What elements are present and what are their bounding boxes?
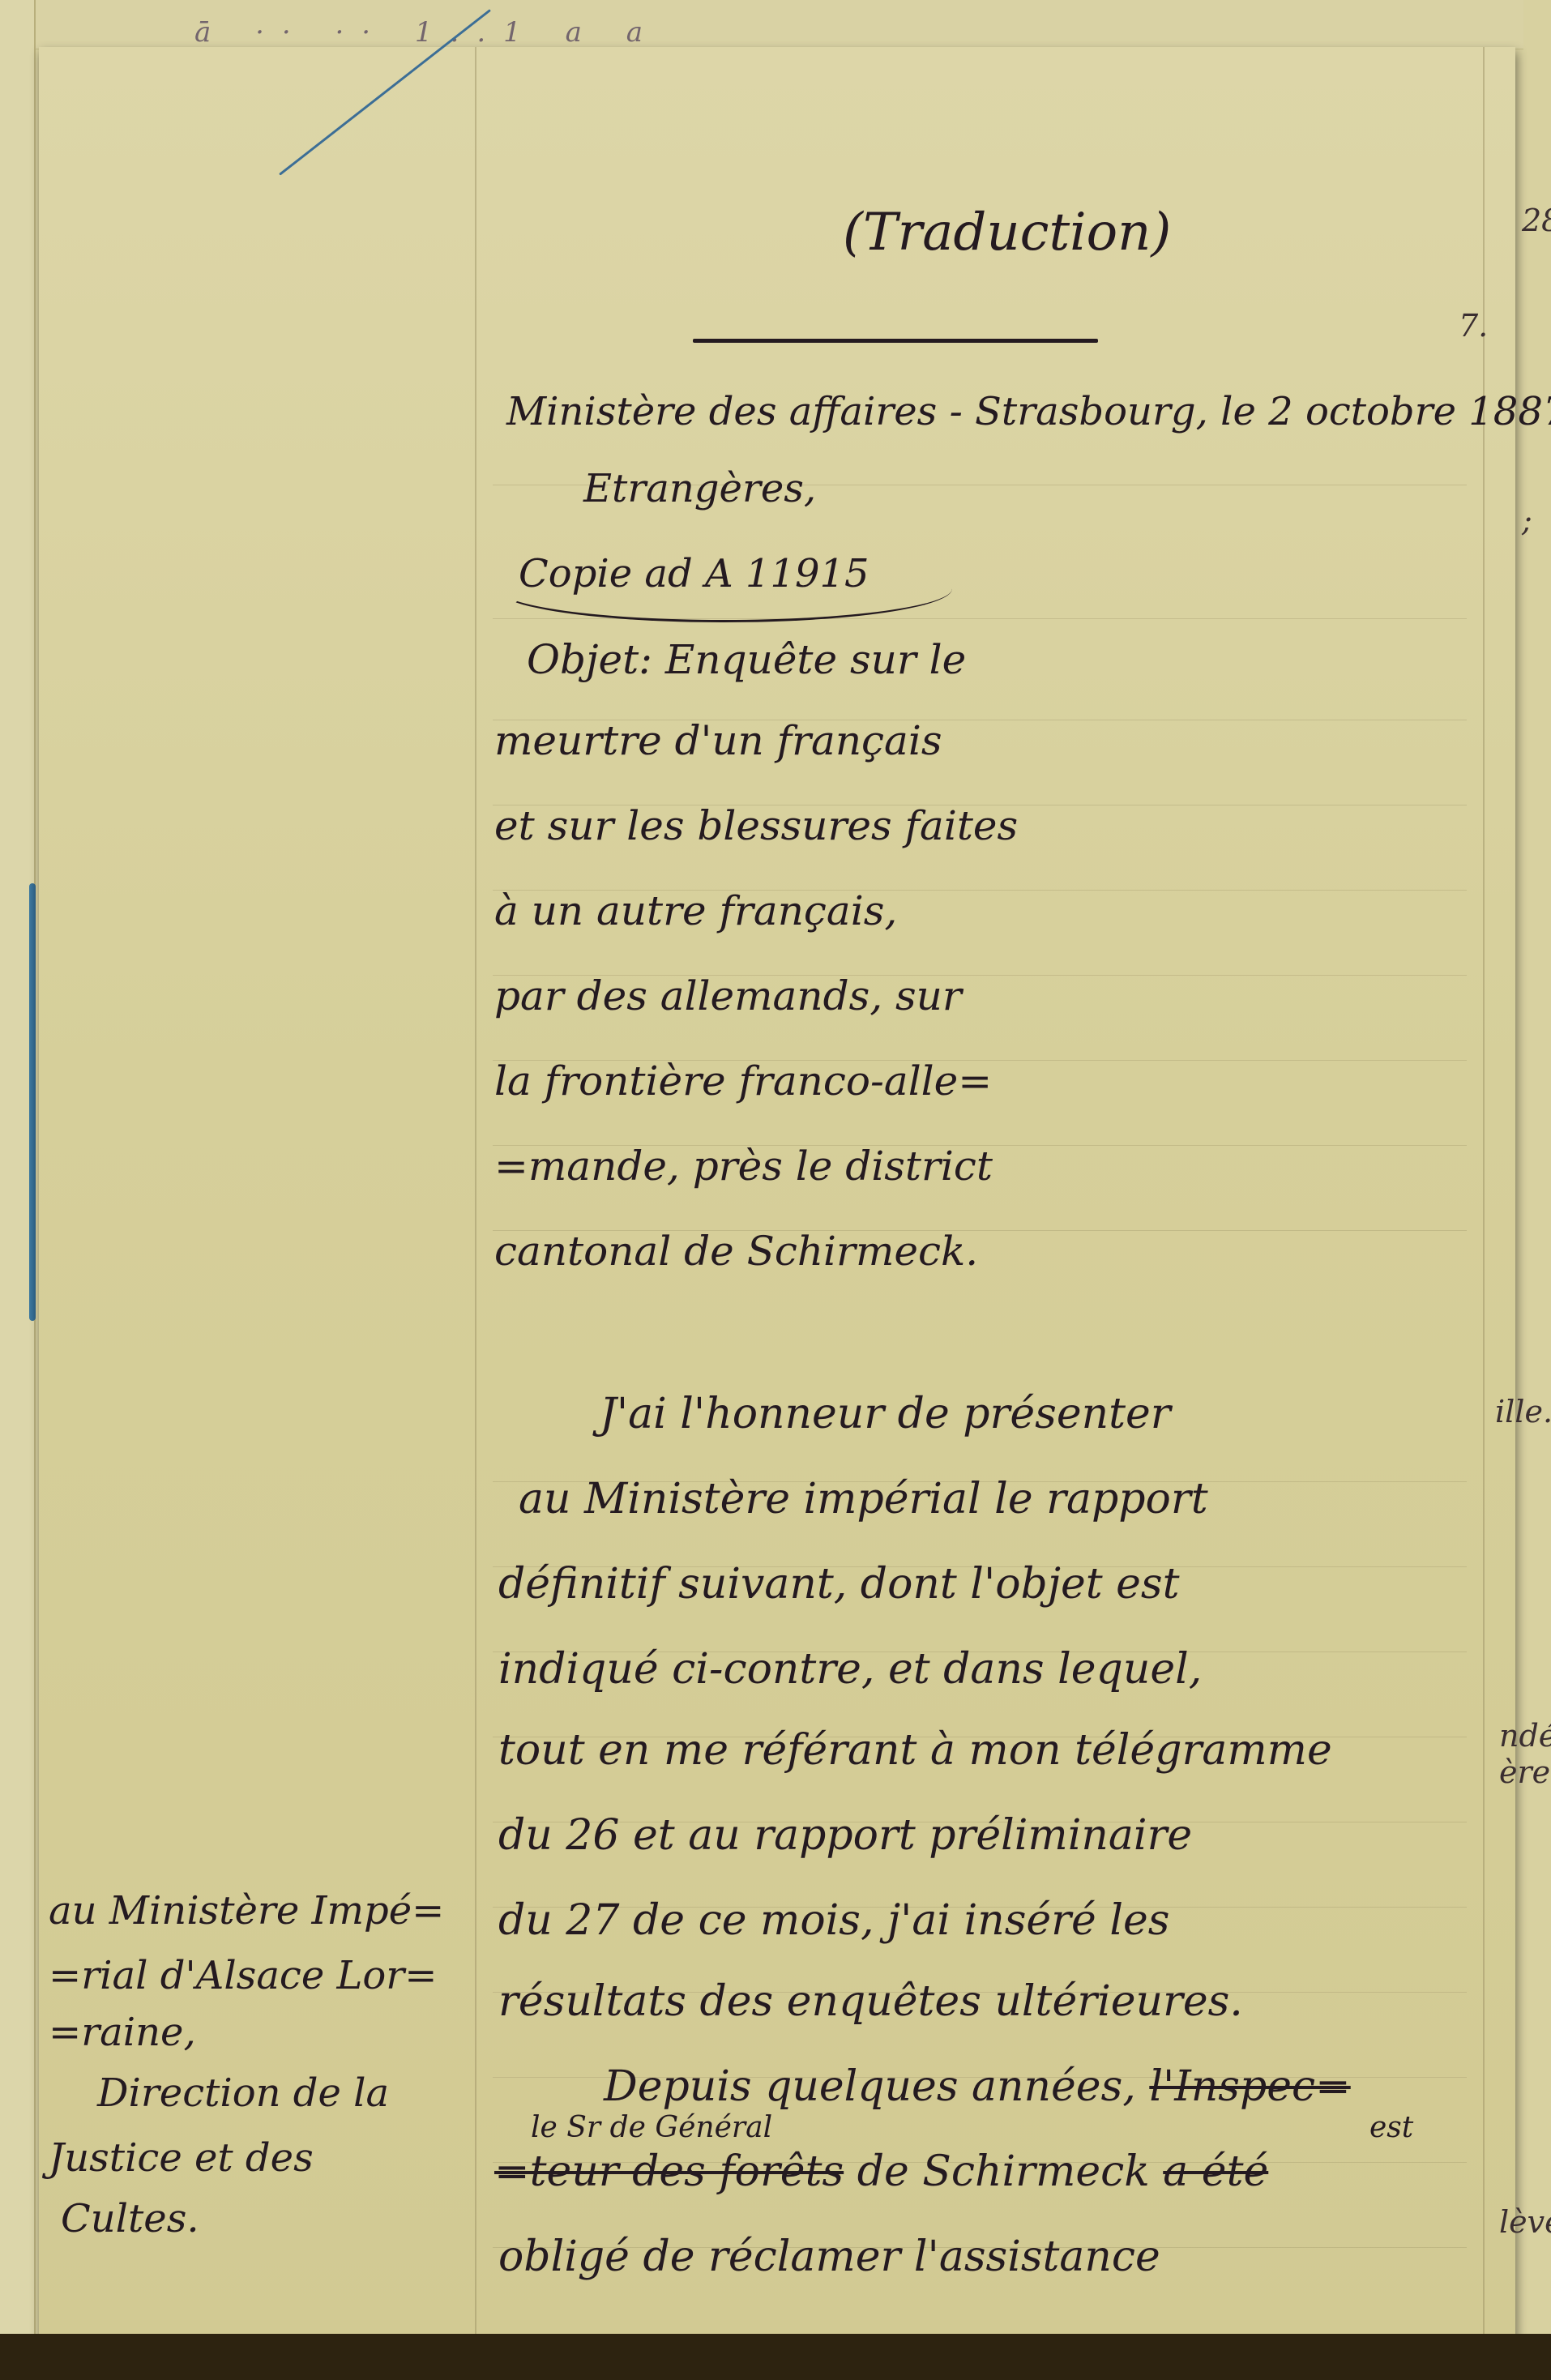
desk-shadow xyxy=(0,2334,1551,2380)
interlinear-insertion-est: est xyxy=(1369,2111,1413,2144)
body-line: J'ai l'honneur de présenter xyxy=(600,1390,1171,1438)
margin-address-line: Cultes. xyxy=(61,2196,199,2241)
body-line: indiqué ci-contre, et dans lequel, xyxy=(498,1645,1202,1694)
margin-address-line: au Ministère Impé= xyxy=(49,1888,444,1933)
paragraph2-line1-text: Depuis quelques années, xyxy=(604,2062,1136,2111)
paragraph2-line2-text: de Schirmeck xyxy=(857,2147,1150,2196)
top-page-fragment-text: ā ·· ·· 1..1 a a xyxy=(194,16,660,49)
sender-and-date-line: Ministère des affaires - Strasbourg, le … xyxy=(506,389,1551,434)
right-edge-fragment: ; xyxy=(1522,502,1532,538)
margin-address-line: =rial d'Alsace Lor= xyxy=(49,1953,437,1998)
body-line: du 27 de ce mois, j'ai inséré les xyxy=(498,1896,1169,1945)
interlinear-insertion: le Sr de Général xyxy=(531,2111,772,2144)
object-line: meurtre d'un français xyxy=(494,717,942,764)
right-edge-fragment: 7. xyxy=(1459,308,1488,344)
title-underline xyxy=(693,339,1098,343)
margin-address-line: Justice et des xyxy=(49,2135,314,2181)
copy-reference: Copie ad A 11915 xyxy=(519,551,869,596)
document-title: (Traduction) xyxy=(843,203,1171,263)
margin-address-line: =raine, xyxy=(49,2010,196,2055)
right-edge-fragment: ndé xyxy=(1499,1718,1551,1754)
struck-text: =teur des forêts xyxy=(494,2147,844,2196)
right-edge-fragment: ille. xyxy=(1495,1394,1551,1429)
paragraph2-line3: obligé de réclamer l'assistance xyxy=(498,2233,1160,2281)
object-line: par des allemands, sur xyxy=(494,972,962,1019)
underlying-page-top-strip: ā ·· ·· 1..1 a a xyxy=(24,0,1523,49)
object-line: cantonal de Schirmeck. xyxy=(494,1228,978,1275)
body-line: résultats des enquêtes ultérieures. xyxy=(498,1977,1243,2026)
object-line: la frontière franco-alle= xyxy=(494,1058,992,1105)
body-line: tout en me référant à mon télégramme xyxy=(498,1726,1332,1775)
object-line: =mande, près le district xyxy=(494,1143,993,1190)
object-line: Objet: Enquête sur le xyxy=(527,636,966,683)
right-edge-fragment: 28 xyxy=(1522,203,1551,238)
blue-tab-edge xyxy=(29,883,36,1321)
sender-line-2: Etrangères, xyxy=(583,466,816,511)
margin-address-line: Direction de la xyxy=(97,2070,389,2116)
margin-fold-line xyxy=(475,47,476,2348)
body-line: définitif suivant, dont l'objet est xyxy=(498,1560,1180,1609)
object-line: et sur les blessures faites xyxy=(494,802,1018,849)
struck-text: a été xyxy=(1163,2147,1268,2196)
right-edge-fragment: lève xyxy=(1499,2204,1551,2240)
body-line: au Ministère impérial le rapport xyxy=(519,1475,1208,1523)
body-line: du 26 et au rapport préliminaire xyxy=(498,1811,1192,1860)
struck-text: l'Inspec= xyxy=(1149,2062,1350,2111)
object-line: à un autre français, xyxy=(494,887,897,934)
paragraph2-line2: =teur des forêts de Schirmeck a été xyxy=(494,2147,1268,2196)
paragraph2-line1: Depuis quelques années, l'Inspec= xyxy=(604,2062,1351,2111)
right-edge-fragment: ère xyxy=(1499,1754,1550,1790)
